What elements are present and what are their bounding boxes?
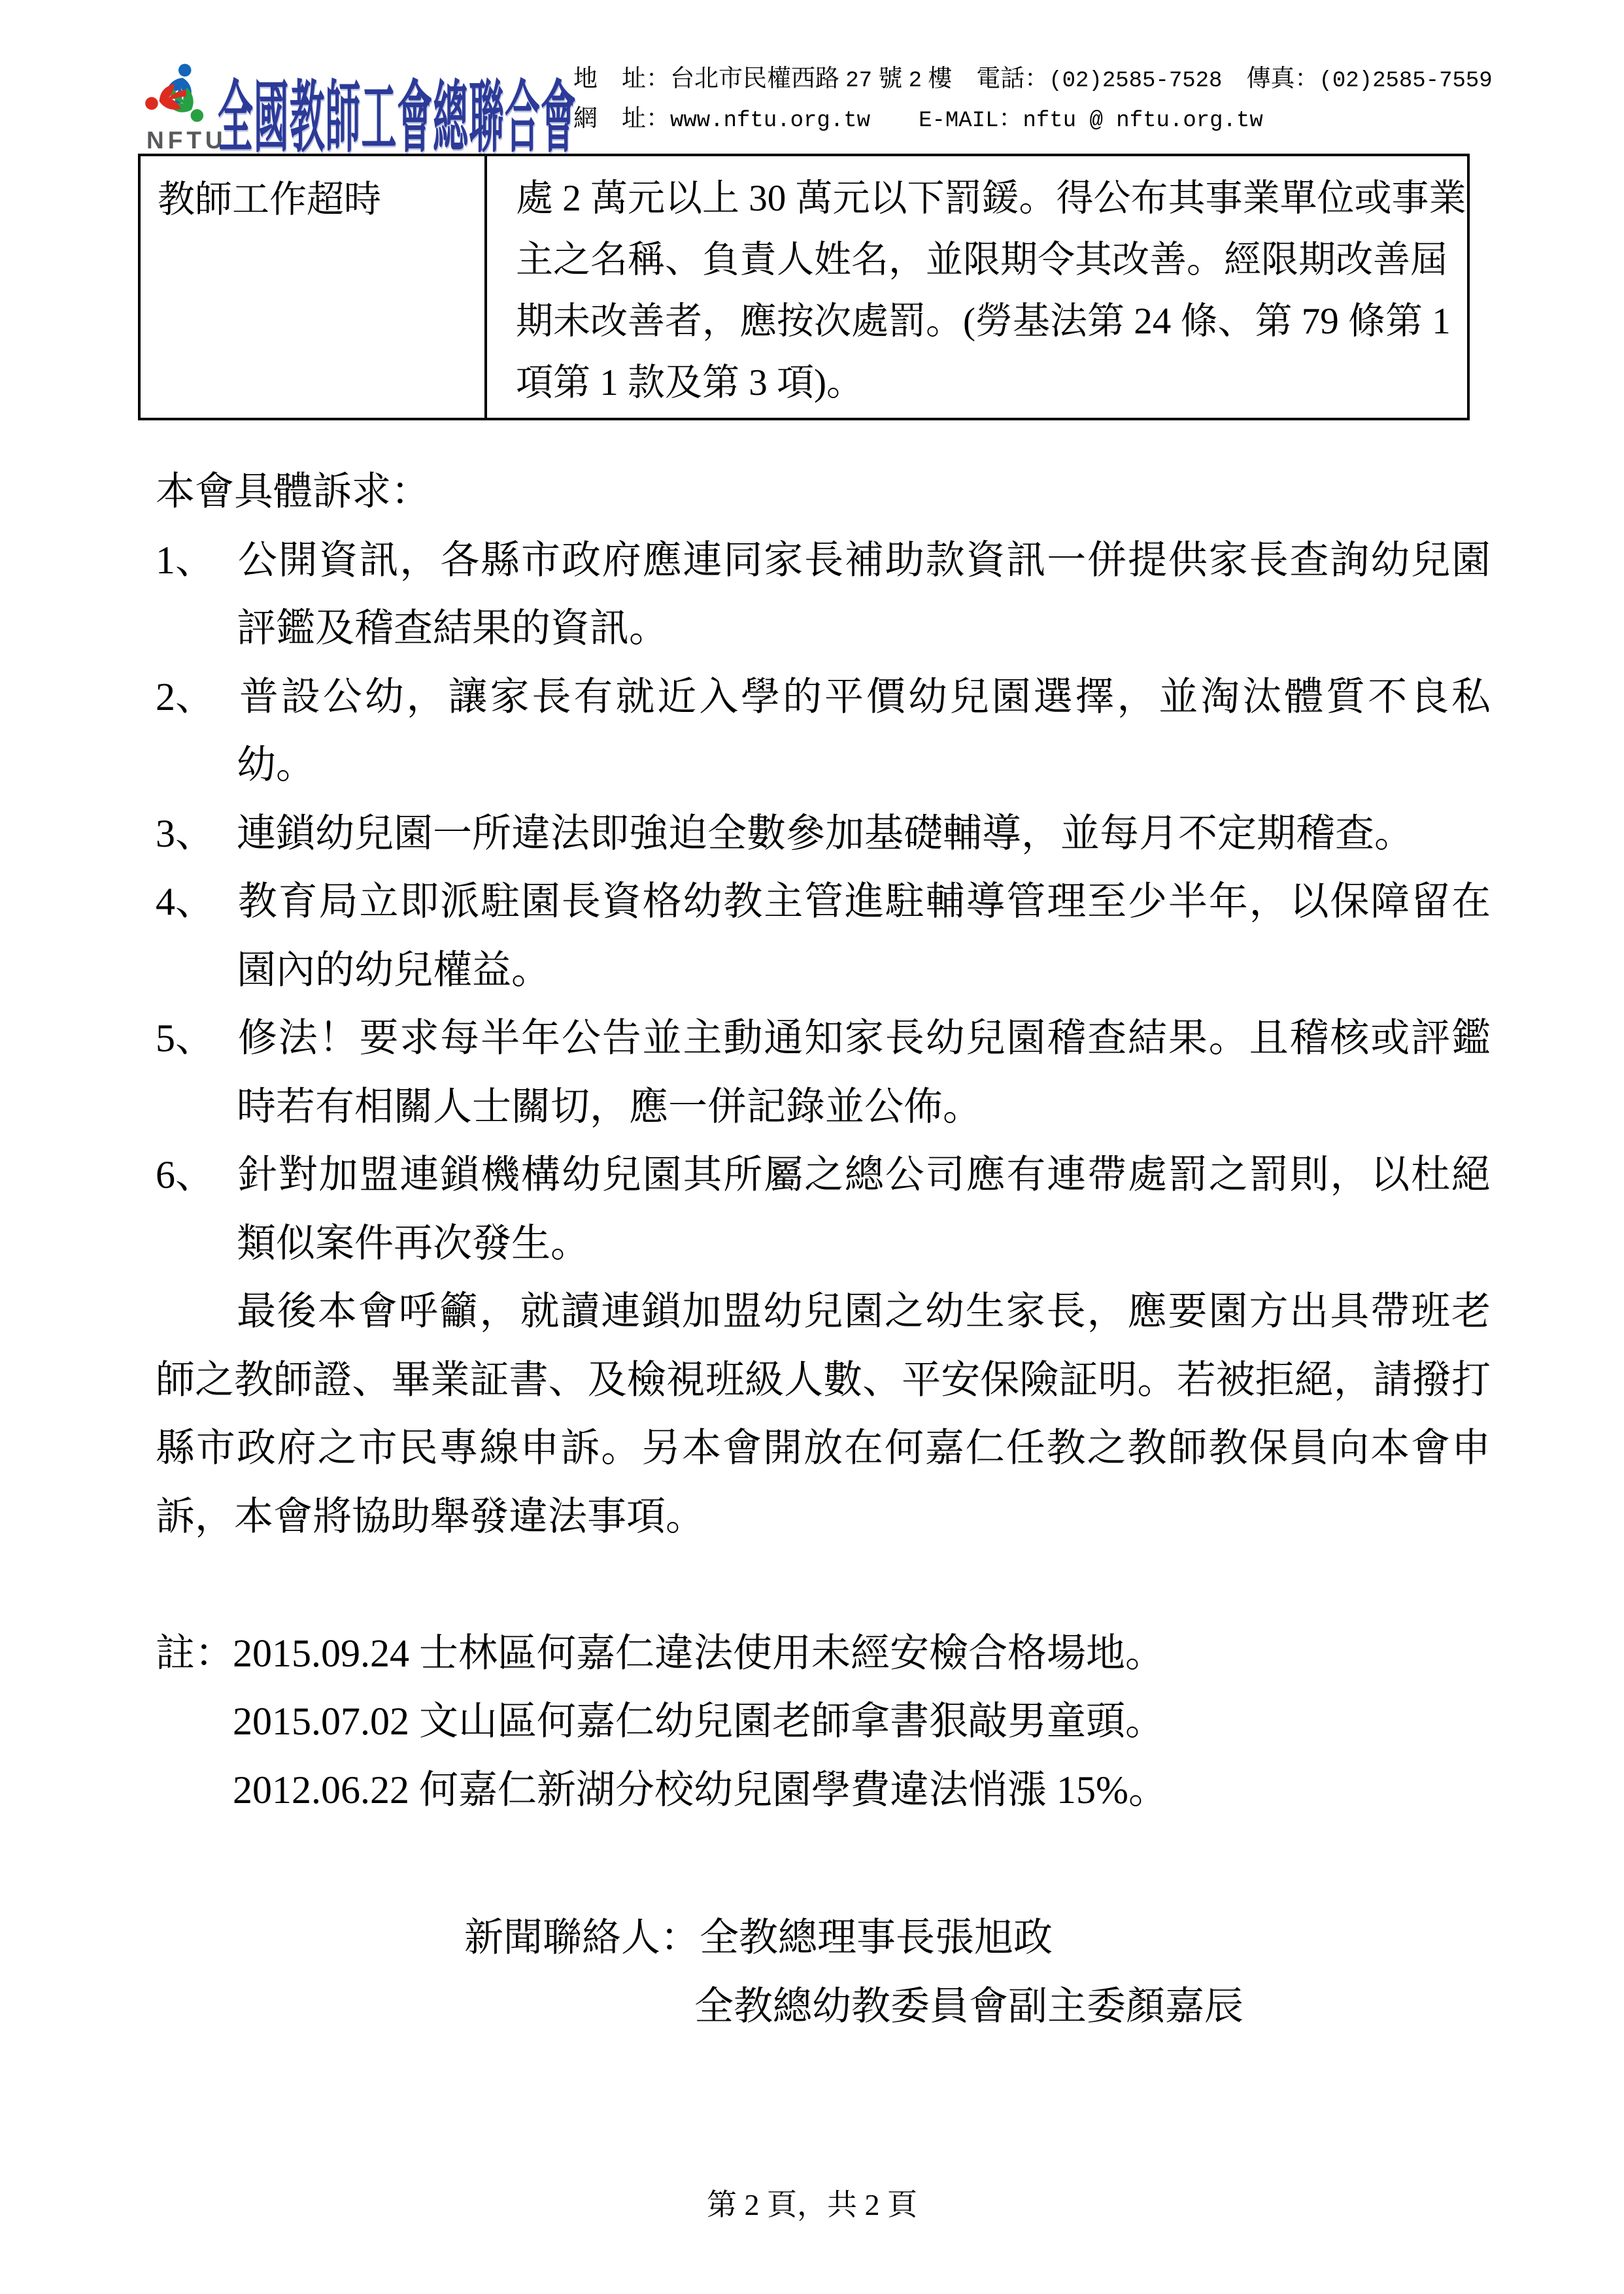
fax-label: 傳真：	[1222, 65, 1319, 92]
spacer-text	[870, 105, 919, 132]
demand-number: 4、	[156, 868, 237, 936]
page-footer: 第 2 頁，共 2 頁	[0, 2181, 1624, 2224]
address-floor-number: 2	[909, 69, 922, 93]
demand-item-1: 1、公開資訊，各縣市政府應連同家長補助款資訊一併提供家長查詢幼兒園評鑑及稽查結果…	[156, 526, 1491, 663]
nftu-acronym: NFTU	[146, 127, 227, 154]
note-label: 註：	[156, 1619, 233, 1688]
press-contact-label: 新聞聯絡人：	[464, 1916, 700, 1959]
fax-number: (02)2585-7559	[1319, 69, 1492, 93]
email-address: nftu @ nftu.org.tw	[1023, 109, 1262, 133]
demand-item-5: 5、修法！要求每半年公告並主動通知家長幼兒園稽查結果。且稽核或評鑑時若有相關人士…	[156, 1004, 1491, 1141]
press-release-page: NFTU 全國教師工會總聯合會 地 址：台北市民權西路 27 號 2 樓 電話：…	[0, 0, 1624, 2294]
web-label: 網 址：	[573, 105, 670, 132]
demand-number: 2、	[156, 663, 237, 732]
demand-text: 普設公幼，讓家長有就近入學的平價幼兒園選擇，並淘汰體質不良私幼。	[237, 675, 1491, 787]
notes-section: 註：2015.09.24 士林區何嘉仁違法使用未經安檢合格場地。 2015.07…	[156, 1619, 1491, 1825]
demand-text: 教育局立即派駐園長資格幼教主管進駐輔導管理至少半年，以保障留在園內的幼兒權益。	[237, 880, 1491, 992]
table-cell-penalty: 處 2 萬元以上 30 萬元以下罰鍰。得公布其事業單位或事業主之名稱、負責人姓名…	[487, 156, 1467, 418]
demand-text: 針對加盟連鎖機構幼兒園其所屬之總公司應有連帶處罰之罰則，以杜絕類似案件再次發生。	[237, 1153, 1491, 1265]
penalty-table: 教師工作超時 處 2 萬元以上 30 萬元以下罰鍰。得公布其事業單位或事業主之名…	[138, 154, 1470, 420]
note-line-3: 2012.06.22 何嘉仁新湖分校幼兒園學費違法悄漲 15%。	[233, 1756, 1491, 1825]
document-body: 本會具體訴求： 1、公開資訊，各縣市政府應連同家長補助款資訊一併提供家長查詢幼兒…	[156, 458, 1491, 2040]
press-contact-name-1: 全教總理事長張旭政	[700, 1916, 1053, 1959]
address-label: 地 址：台北市民權西路	[573, 65, 845, 92]
press-contact-name-2: 全教總幼教委員會副主委顏嘉辰	[464, 1972, 1491, 2041]
demand-number: 5、	[156, 1004, 237, 1073]
note-line-1: 註：2015.09.24 士林區何嘉仁違法使用未經安檢合格場地。	[233, 1619, 1491, 1688]
email-label: E-MAIL	[919, 109, 998, 133]
demand-text: 公開資訊，各縣市政府應連同家長補助款資訊一併提供家長查詢幼兒園評鑑及稽查結果的資…	[237, 539, 1491, 650]
note-text: 2015.09.24 士林區何嘉仁違法使用未經安檢合格場地。	[233, 1632, 1164, 1675]
demand-text: 修法！要求每半年公告並主動通知家長幼兒園稽查結果。且稽核或評鑑時若有相關人士關切…	[237, 1017, 1491, 1128]
contact-line-address: 地 址：台北市民權西路 27 號 2 樓 電話：(02)2585-7528 傳真…	[573, 60, 1493, 100]
closing-paragraph: 最後本會呼籲，就讀連鎖加盟幼兒園之幼生家長，應要園方出具帶班老師之教師證、畢業証…	[156, 1277, 1491, 1551]
contact-info: 地 址：台北市民權西路 27 號 2 樓 電話：(02)2585-7528 傳真…	[573, 60, 1493, 140]
demand-number: 6、	[156, 1141, 237, 1209]
demand-item-2: 2、普設公幼，讓家長有就近入學的平價幼兒園選擇，並淘汰體質不良私幼。	[156, 663, 1491, 800]
web-url: www.nftu.org.tw	[670, 109, 870, 133]
press-contact: 新聞聯絡人：全教總理事長張旭政 全教總幼教委員會副主委顏嘉辰	[464, 1904, 1491, 2040]
phone-label: 樓 電話：	[922, 65, 1049, 92]
press-contact-line-1: 新聞聯絡人：全教總理事長張旭政	[464, 1904, 1491, 1972]
demand-number: 1、	[156, 526, 237, 595]
demand-number: 3、	[156, 800, 237, 868]
demand-text: 連鎖幼兒園一所違法即強迫全數參加基礎輔導，並每月不定期稽查。	[237, 812, 1413, 855]
email-colon: ：	[998, 105, 1023, 132]
phone-number: (02)2585-7528	[1049, 69, 1222, 93]
demand-item-6: 6、針對加盟連鎖機構幼兒園其所屬之總公司應有連帶處罰之罰則，以杜絕類似案件再次發…	[156, 1141, 1491, 1277]
address-number: 27	[845, 69, 872, 93]
address-unit: 號	[872, 65, 909, 92]
demand-item-3: 3、連鎖幼兒園一所違法即強迫全數參加基礎輔導，並每月不定期稽查。	[156, 800, 1491, 868]
note-line-2: 2015.07.02 文山區何嘉仁幼兒園老師拿書狠敲男童頭。	[233, 1687, 1491, 1756]
nftu-logo-icon	[135, 55, 220, 135]
demand-item-4: 4、教育局立即派駐園長資格幼教主管進駐輔導管理至少半年，以保障留在園內的幼兒權益…	[156, 868, 1491, 1004]
org-name-calligraphy: 全國教師工會總聯合會	[218, 56, 577, 167]
table-cell-violation: 教師工作超時	[141, 156, 487, 418]
appeal-heading: 本會具體訴求：	[156, 458, 1491, 526]
contact-line-web: 網 址：www.nftu.org.tw E-MAIL：nftu @ nftu.o…	[573, 100, 1493, 140]
